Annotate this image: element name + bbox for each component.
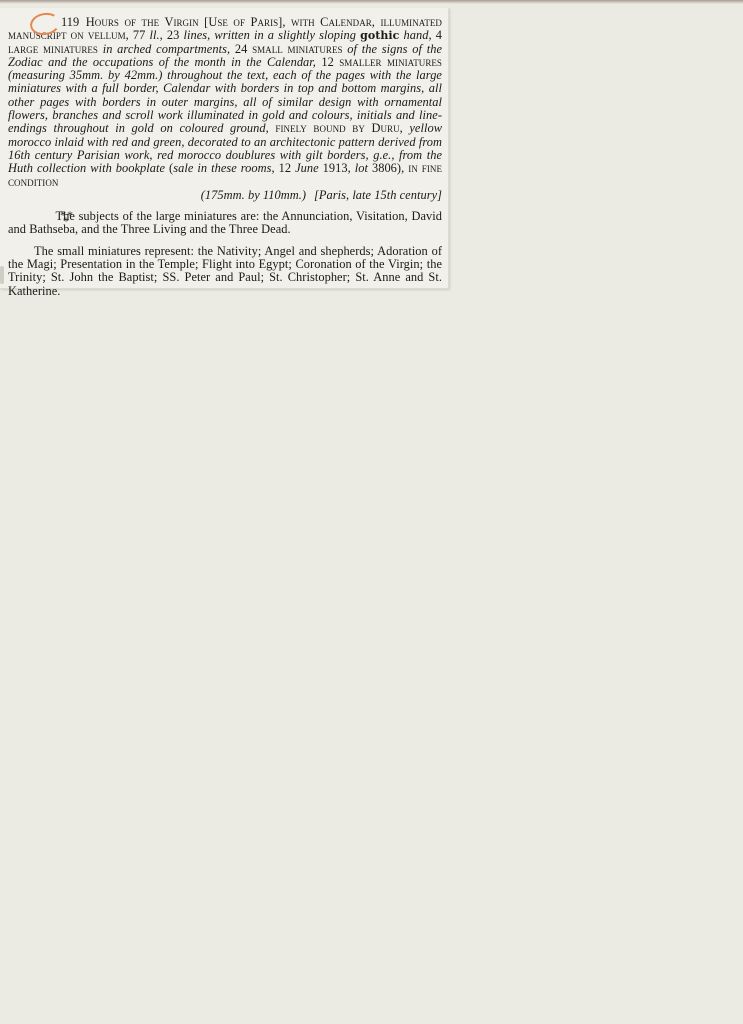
note-small-miniatures: The small miniatures represent: the Nati… <box>8 245 442 298</box>
page-top-edge <box>0 0 743 4</box>
lot-number: 119 <box>34 16 80 29</box>
gothic-word: gothic <box>360 29 399 42</box>
catalogue-clipping: 119 Hours of the Virgin [Use of Paris], … <box>0 8 449 289</box>
origin: [Paris, late 15th century] <box>314 188 442 202</box>
asterism-icon: *** <box>34 210 52 220</box>
dimensions: (175mm. by 110mm.) <box>201 188 306 202</box>
dimensions-line: (175mm. by 110mm.)[Paris, late 15th cent… <box>8 189 442 202</box>
catalogue-entry: 119 Hours of the Virgin [Use of Paris], … <box>8 16 442 298</box>
note-large-miniatures: *** The subjects of the large miniatures… <box>8 210 442 237</box>
scan-smudge <box>0 266 4 284</box>
lot-description: 119 Hours of the Virgin [Use of Paris], … <box>8 16 442 189</box>
